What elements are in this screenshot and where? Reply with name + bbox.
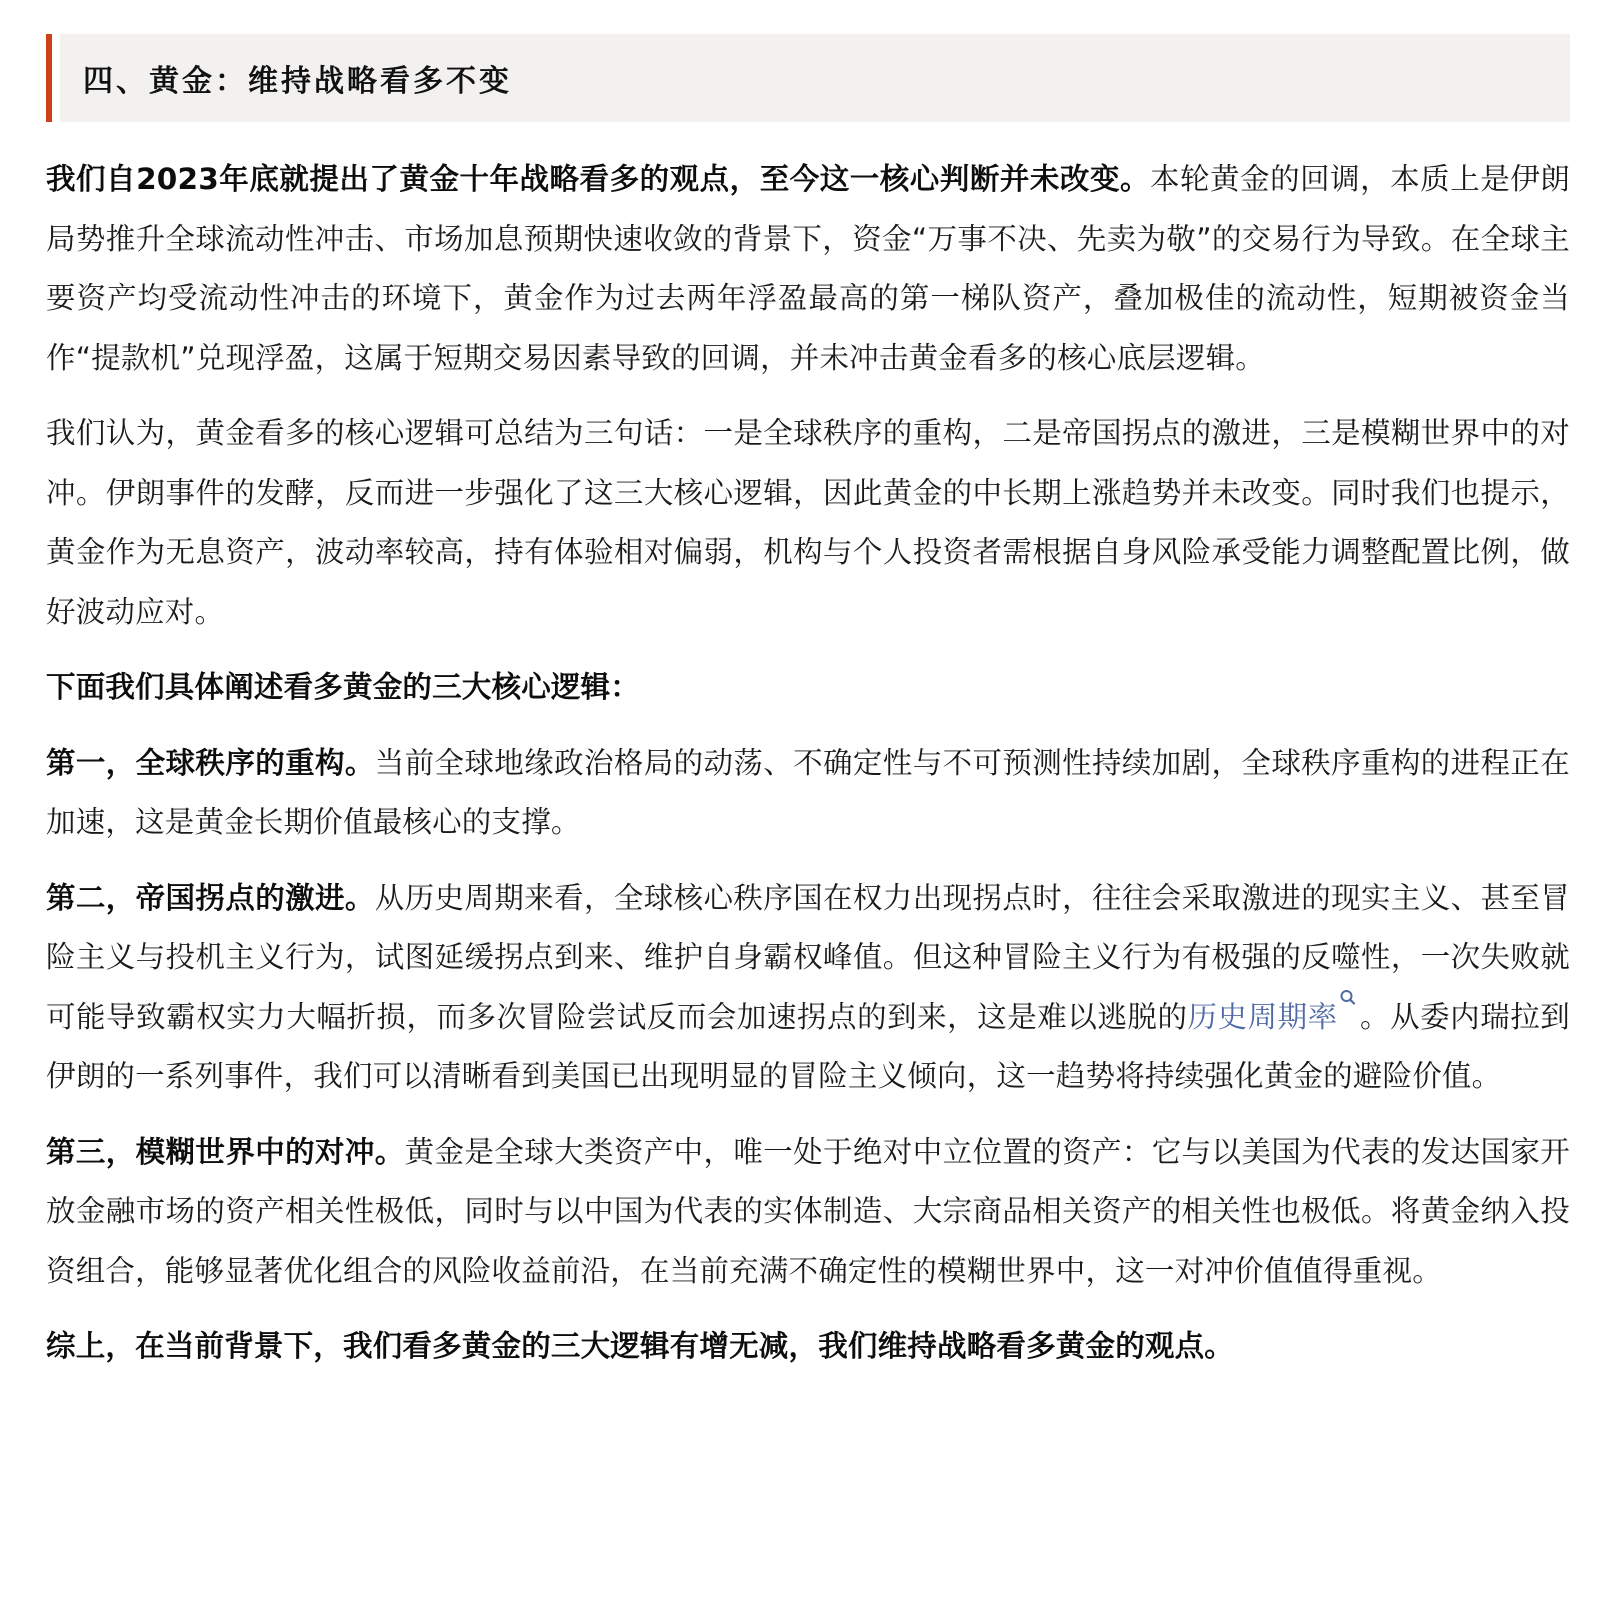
paragraph-conclusion: 综上，在当前背景下，我们看多黄金的三大逻辑有增无减，我们维持战略看多黄金的观点。 (46, 1317, 1570, 1377)
paragraph-subheading: 下面我们具体阐述看多黄金的三大核心逻辑： (46, 658, 1570, 718)
paragraph-core-logic-summary: 我们认为，黄金看多的核心逻辑可总结为三句话：一是全球秩序的重构，二是帝国拐点的激… (46, 404, 1570, 642)
logic-two-lead: 第二，帝国拐点的激进。 (46, 881, 375, 915)
paragraph-intro: 我们自2023年底就提出了黄金十年战略看多的观点，至今这一核心判断并未改变。本轮… (46, 150, 1570, 388)
section-heading: 四、黄金：维持战略看多不变 (46, 34, 1570, 122)
subheading-three-logics: 下面我们具体阐述看多黄金的三大核心逻辑： (46, 670, 640, 704)
conclusion-text: 综上，在当前背景下，我们看多黄金的三大逻辑有增无减，我们维持战略看多黄金的观点。 (46, 1329, 1234, 1363)
paragraph-core-logic-body: 我们认为，黄金看多的核心逻辑可总结为三句话：一是全球秩序的重构，二是帝国拐点的激… (46, 416, 1570, 629)
paragraph-logic-two: 第二，帝国拐点的激进。从历史周期来看，全球核心秩序国在权力出现拐点时，往往会采取… (46, 869, 1570, 1107)
logic-three-lead: 第三，模糊世界中的对冲。 (46, 1135, 405, 1169)
article: 四、黄金：维持战略看多不变 我们自2023年底就提出了黄金十年战略看多的观点，至… (0, 0, 1570, 1377)
paragraph-logic-three: 第三，模糊世界中的对冲。黄金是全球大类资产中，唯一处于绝对中立位置的资产：它与以… (46, 1123, 1570, 1302)
section-title: 四、黄金：维持战略看多不变 (83, 56, 512, 100)
heading-accent-gap (52, 34, 60, 122)
paragraph-intro-lead: 我们自2023年底就提出了黄金十年战略看多的观点，至今这一核心判断并未改变。 (46, 162, 1150, 196)
search-icon[interactable] (1340, 989, 1356, 1009)
logic-one-lead: 第一，全球秩序的重构。 (46, 746, 375, 780)
paragraph-logic-one: 第一，全球秩序的重构。当前全球地缘政治格局的动荡、不确定性与不可预测性持续加剧，… (46, 734, 1570, 853)
link-historical-cycle[interactable]: 历史周期率 (1188, 1000, 1338, 1034)
